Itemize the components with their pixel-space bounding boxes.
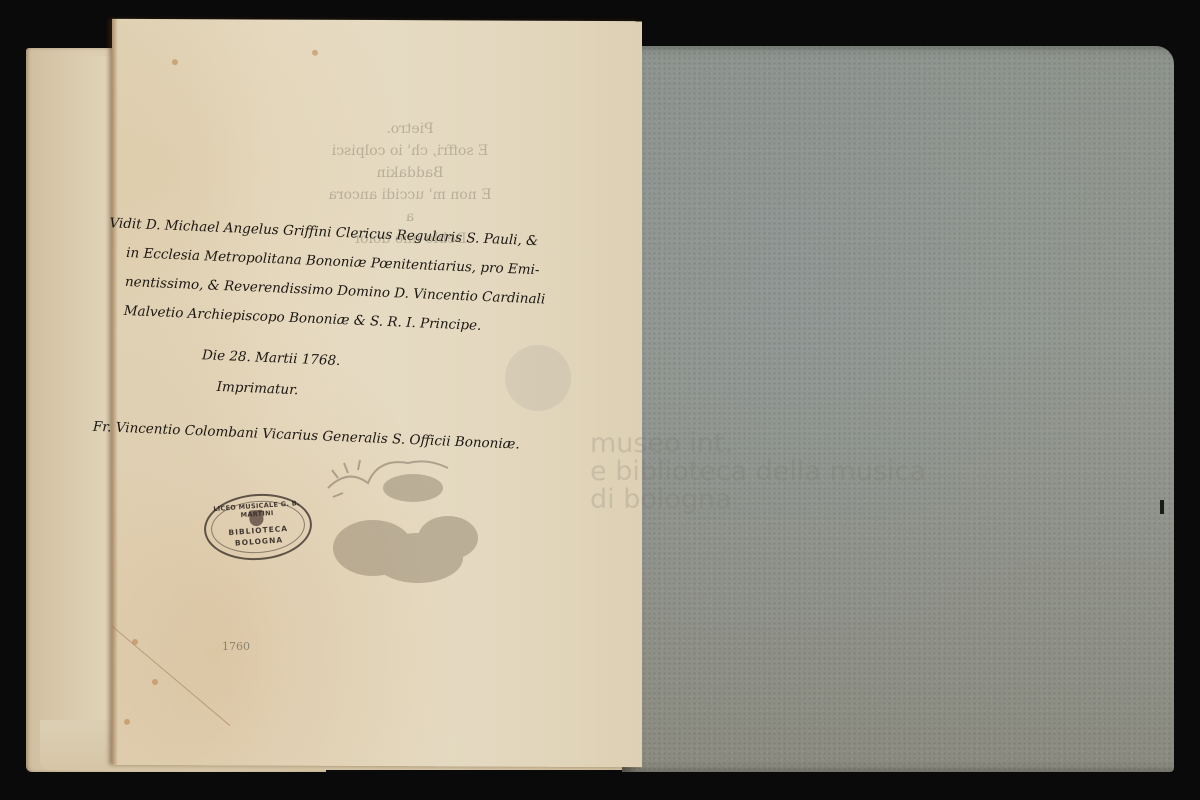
- back-leaf-edge: [36, 56, 117, 756]
- foxing-spot: [172, 59, 178, 65]
- document-scan: Pietro. E soffri, ch' io colpisci Baddak…: [0, 0, 1200, 800]
- bleed-line: Baddakin: [290, 162, 530, 184]
- foxing-spot: [132, 639, 138, 645]
- foxing-spot: [152, 679, 158, 685]
- bleed-smudge: 1760: [222, 640, 250, 653]
- bleed-line: Pietro.: [290, 118, 530, 140]
- bleed-line: E non m' uccidi ancora: [290, 184, 530, 206]
- page-fold-shadow: [112, 19, 118, 765]
- cover-tear-mark: [1160, 500, 1164, 514]
- fold-crease: [112, 609, 230, 726]
- imprimatur-text: Vidit D. Michael Angelus Griffini Cleric…: [118, 210, 567, 461]
- foxing-spot: [312, 50, 318, 56]
- museum-watermark: museo int. e biblioteca della musica di …: [590, 430, 926, 514]
- bleed-line: E soffri, ch' io colpisci: [290, 140, 530, 162]
- dove-ornament-icon: [318, 448, 488, 588]
- foxing-spot: [124, 719, 130, 725]
- watermark-line: museo int.: [590, 430, 926, 458]
- watermark-line: di bologna: [590, 486, 926, 514]
- grey-cover-leaf: [622, 46, 1174, 772]
- watermark-line: e biblioteca della musica: [590, 458, 926, 486]
- paper-texture: [622, 46, 1174, 772]
